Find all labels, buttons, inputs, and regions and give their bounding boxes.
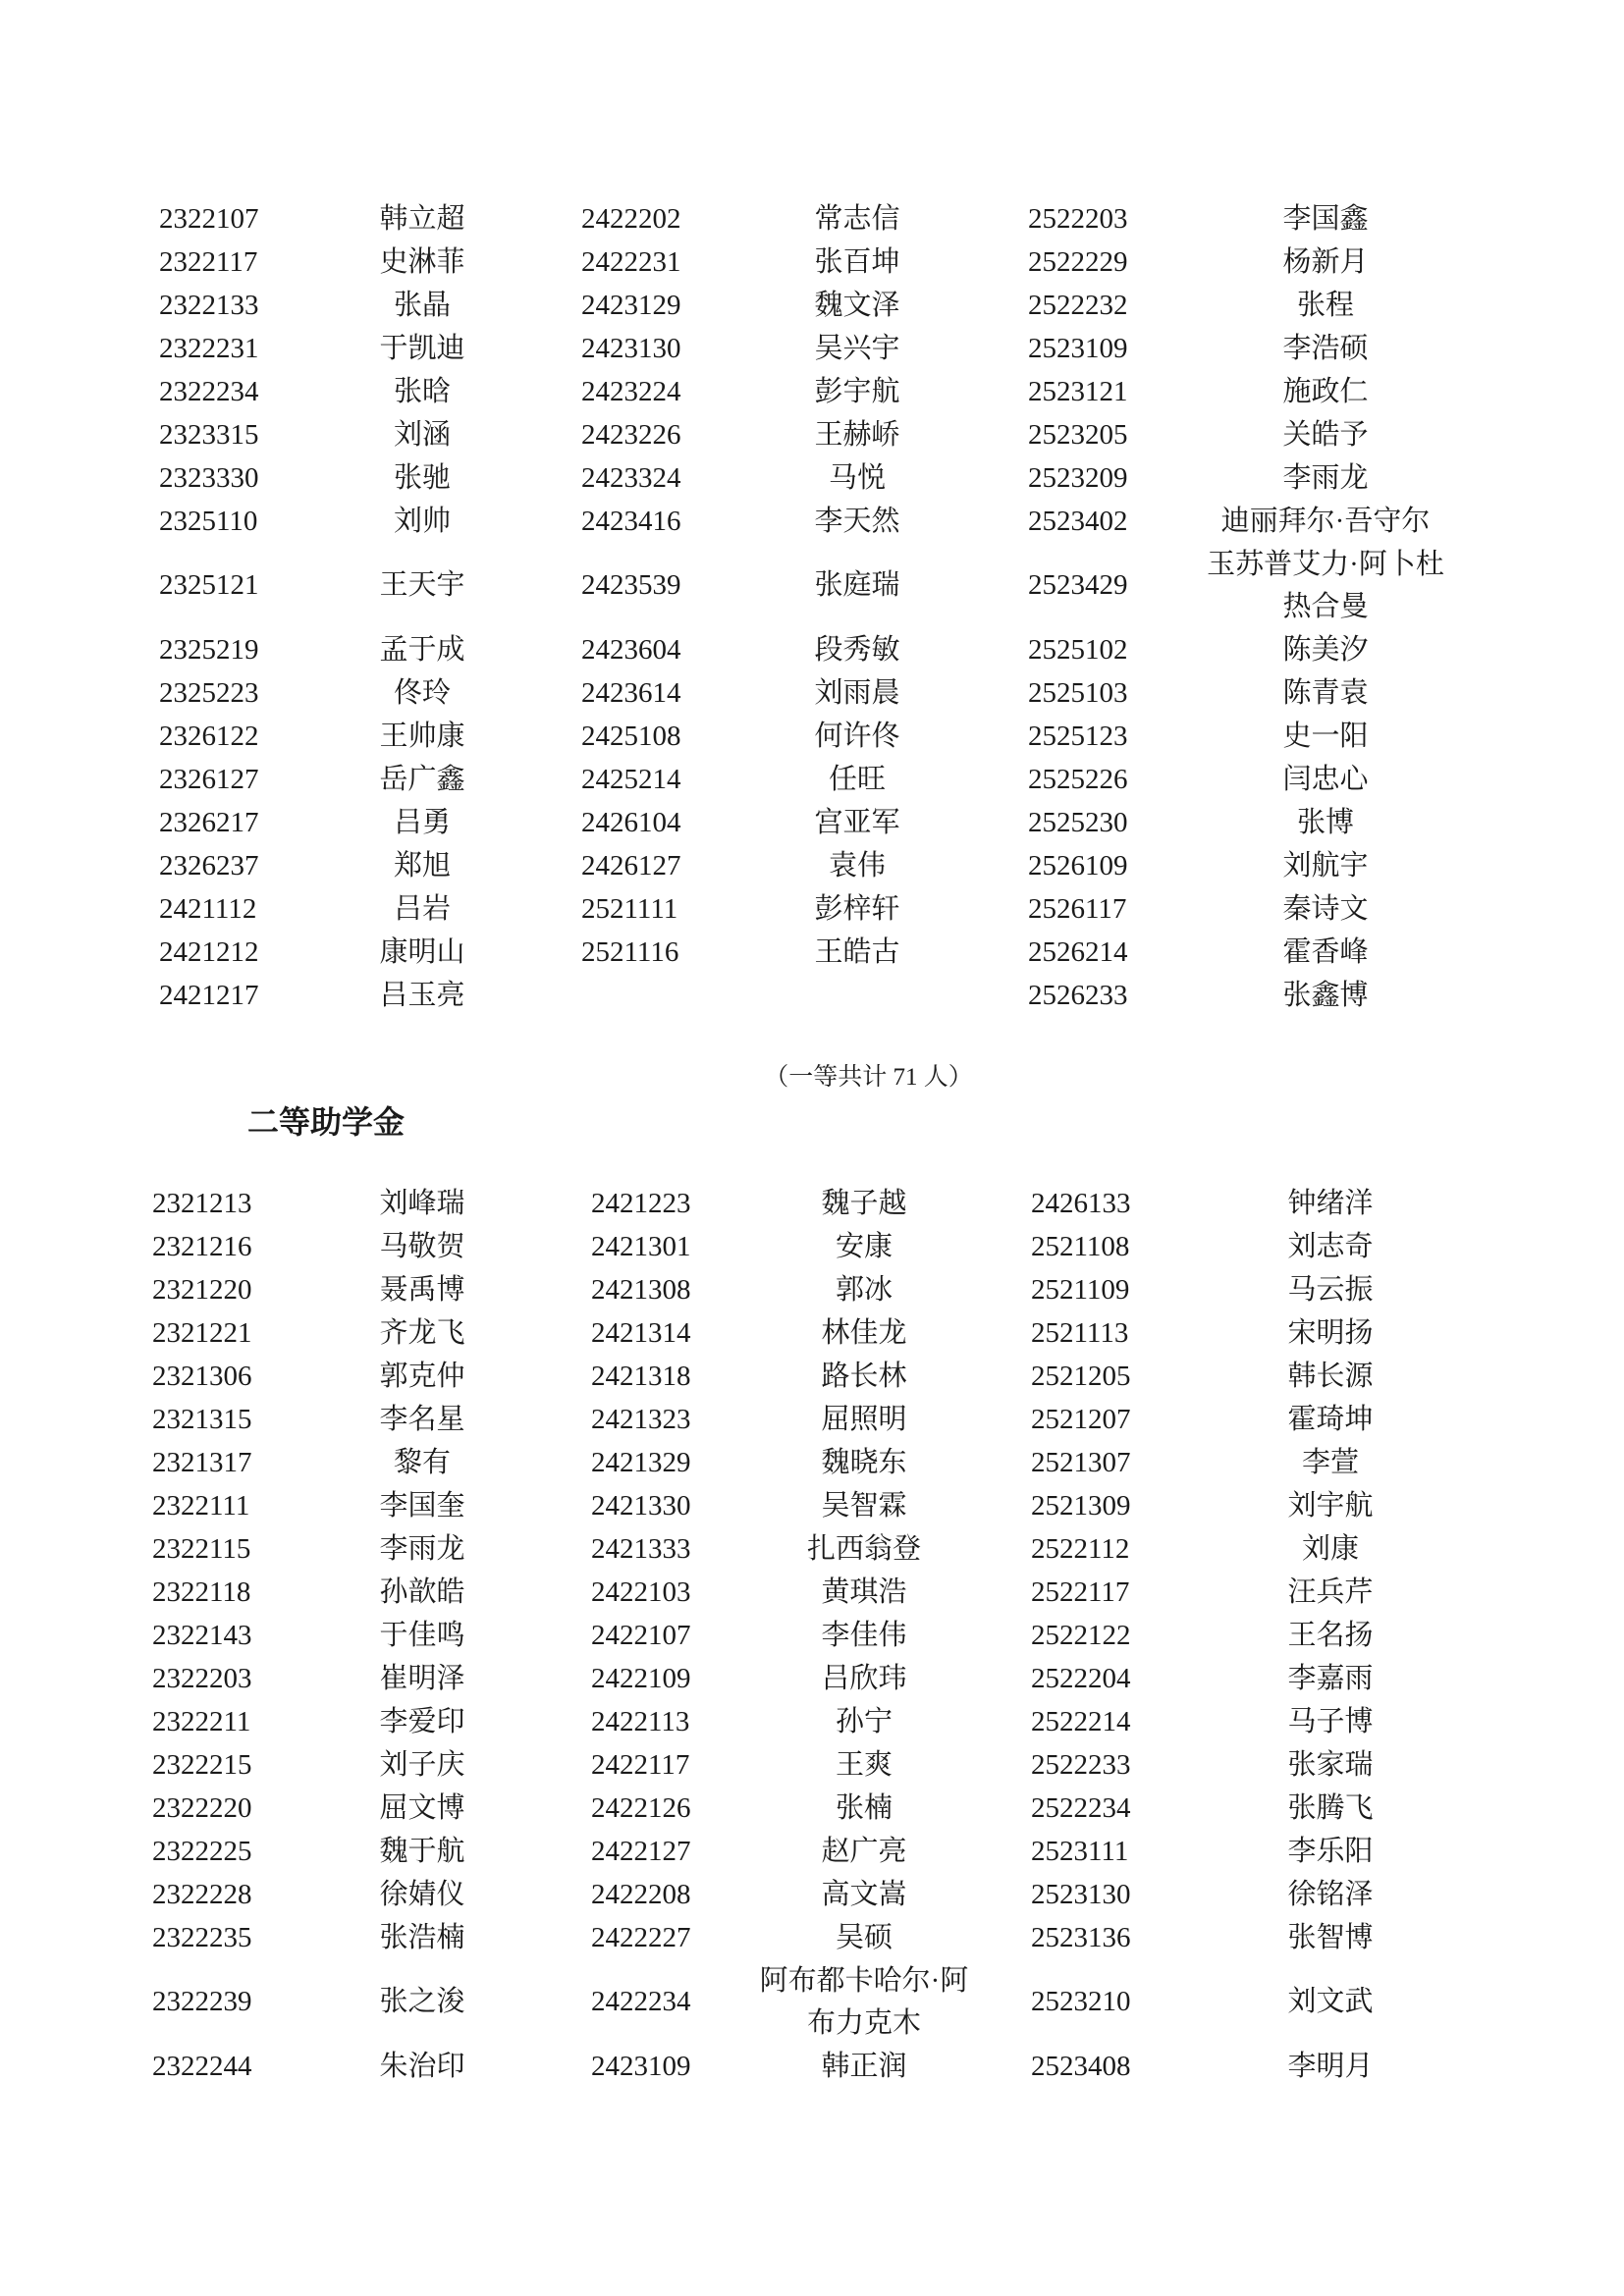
student-id: 2423324 — [581, 456, 681, 500]
student-name: 施政仁 — [1178, 370, 1473, 413]
student-id: 2523130 — [1031, 1873, 1131, 1916]
student-id: 2523408 — [1031, 2045, 1131, 2088]
student-id: 2422117 — [591, 1743, 689, 1787]
student-id: 2526117 — [1028, 887, 1126, 931]
student-id: 2521307 — [1031, 1441, 1131, 1484]
student-id: 2326217 — [159, 801, 259, 844]
table-row: 2323315刘涵2423226王赫峤2523205关皓予 — [0, 413, 1624, 456]
student-id: 2322211 — [152, 1700, 250, 1743]
student-name: 段秀敏 — [759, 628, 955, 671]
student-name: 佟玲 — [324, 671, 520, 715]
student-name: 马子博 — [1183, 1700, 1478, 1743]
section-title-second-grade: 二等助学金 — [247, 1097, 405, 1143]
student-name: 李明月 — [1183, 2045, 1478, 2088]
table-row: 2322215刘子庆2422117王爽2522233张家瑞 — [0, 1743, 1624, 1787]
first-grade-grant-table: 2322107韩立超2422202常志信2522203李国鑫2322117史淋菲… — [0, 197, 1624, 1017]
student-name: 张驰 — [324, 456, 520, 500]
student-name: 李国奎 — [324, 1484, 520, 1527]
table-row: 2322225魏于航2422127赵广亮2523111李乐阳 — [0, 1830, 1624, 1873]
student-id: 2322225 — [152, 1830, 252, 1873]
student-name: 李嘉雨 — [1183, 1657, 1478, 1700]
student-id: 2521116 — [581, 931, 678, 974]
student-name: 阿布都卡哈尔·阿布力克木 — [741, 1959, 987, 2045]
student-id: 2423614 — [581, 671, 681, 715]
student-id: 2523109 — [1028, 327, 1128, 370]
student-name: 迪丽拜尔·吾守尔 — [1178, 500, 1473, 543]
student-id: 2322143 — [152, 1614, 252, 1657]
student-id: 2522229 — [1028, 240, 1128, 284]
student-name: 吕欣玮 — [741, 1657, 987, 1700]
student-id: 2522122 — [1031, 1614, 1131, 1657]
table-row: 2322228徐婧仪2422208高文嵩2523130徐铭泽 — [0, 1873, 1624, 1916]
table-row: 2322117史淋菲2422231张百坤2522229杨新月 — [0, 240, 1624, 284]
student-id: 2321317 — [152, 1441, 252, 1484]
student-name: 张智博 — [1183, 1916, 1478, 1959]
student-name: 齐龙飞 — [324, 1311, 520, 1355]
student-name: 康明山 — [324, 931, 520, 974]
student-name: 张鑫博 — [1178, 974, 1473, 1017]
student-id: 2421333 — [591, 1527, 691, 1571]
student-id: 2522232 — [1028, 284, 1128, 327]
student-id: 2423224 — [581, 370, 681, 413]
student-name: 钟绪洋 — [1183, 1182, 1478, 1225]
student-name: 徐婧仪 — [324, 1873, 520, 1916]
student-name: 于凯迪 — [324, 327, 520, 370]
student-id: 2522234 — [1031, 1787, 1131, 1830]
student-id: 2423416 — [581, 500, 681, 543]
student-name: 郭克仲 — [324, 1355, 520, 1398]
student-name: 赵广亮 — [741, 1830, 987, 1873]
student-id: 2322244 — [152, 2045, 252, 2088]
student-id: 2522214 — [1031, 1700, 1131, 1743]
student-name: 郭冰 — [741, 1268, 987, 1311]
student-name: 崔明泽 — [324, 1657, 520, 1700]
student-name: 马云振 — [1183, 1268, 1478, 1311]
student-id: 2522117 — [1031, 1571, 1129, 1614]
student-name: 霍香峰 — [1178, 931, 1473, 974]
table-row: 2322115李雨龙2421333扎西翁登2522112刘康 — [0, 1527, 1624, 1571]
student-name: 吕玉亮 — [324, 974, 520, 1017]
student-id: 2322117 — [159, 240, 257, 284]
student-name: 李天然 — [759, 500, 955, 543]
student-id: 2326237 — [159, 844, 259, 887]
student-id: 2521108 — [1031, 1225, 1129, 1268]
student-id: 2523429 — [1028, 543, 1128, 628]
student-id: 2526109 — [1028, 844, 1128, 887]
student-name: 孙歆皓 — [324, 1571, 520, 1614]
student-name: 王帅康 — [324, 715, 520, 758]
student-id: 2421112 — [159, 887, 256, 931]
student-name: 聂禹博 — [324, 1268, 520, 1311]
table-row: 2322143于佳鸣2422107李佳伟2522122王名扬 — [0, 1614, 1624, 1657]
student-id: 2321220 — [152, 1268, 252, 1311]
table-row: 2322234张晗2423224彭宇航2523121施政仁 — [0, 370, 1624, 413]
student-name: 袁伟 — [759, 844, 955, 887]
student-id: 2322228 — [152, 1873, 252, 1916]
student-id: 2326122 — [159, 715, 259, 758]
student-name: 刘宇航 — [1183, 1484, 1478, 1527]
student-name: 吴智霖 — [741, 1484, 987, 1527]
student-name: 朱治印 — [324, 2045, 520, 2088]
student-name: 玉苏普艾力·阿卜杜热合曼 — [1178, 543, 1473, 628]
student-id: 2322231 — [159, 327, 259, 370]
student-name: 马敬贺 — [324, 1225, 520, 1268]
student-name: 王爽 — [741, 1743, 987, 1787]
student-id: 2425214 — [581, 758, 681, 801]
student-name: 张晶 — [324, 284, 520, 327]
student-id: 2525123 — [1028, 715, 1128, 758]
student-id: 2423539 — [581, 543, 681, 628]
table-row: 2321315李名星2421323屈照明2521207霍琦坤 — [0, 1398, 1624, 1441]
student-id: 2521207 — [1031, 1398, 1131, 1441]
student-id: 2325223 — [159, 671, 259, 715]
student-id: 2323315 — [159, 413, 259, 456]
table-row: 2322203崔明泽2422109吕欣玮2522204李嘉雨 — [0, 1657, 1624, 1700]
student-name: 任旺 — [759, 758, 955, 801]
student-name: 霍琦坤 — [1183, 1398, 1478, 1441]
student-id: 2523210 — [1031, 1959, 1131, 2045]
student-name: 秦诗文 — [1178, 887, 1473, 931]
student-name: 闫忠心 — [1178, 758, 1473, 801]
student-name: 韩长源 — [1183, 1355, 1478, 1398]
table-row: 2321213刘峰瑞2421223魏子越2426133钟绪洋 — [0, 1182, 1624, 1225]
student-id: 2423604 — [581, 628, 681, 671]
student-id: 2422227 — [591, 1916, 691, 1959]
student-id: 2523121 — [1028, 370, 1128, 413]
student-name: 王赫峤 — [759, 413, 955, 456]
student-id: 2526214 — [1028, 931, 1128, 974]
student-id: 2423130 — [581, 327, 681, 370]
student-id: 2325121 — [159, 543, 259, 628]
table-row: 2321306郭克仲2421318路长林2521205韩长源 — [0, 1355, 1624, 1398]
student-id: 2421330 — [591, 1484, 691, 1527]
table-row: 2322244朱治印2423109韩正润2523408李明月 — [0, 2045, 1624, 2088]
student-id: 2426104 — [581, 801, 681, 844]
student-id: 2523209 — [1028, 456, 1128, 500]
student-name: 李浩硕 — [1178, 327, 1473, 370]
student-id: 2421223 — [591, 1182, 691, 1225]
student-id: 2322215 — [152, 1743, 252, 1787]
student-name: 汪兵芹 — [1183, 1571, 1478, 1614]
student-name: 李国鑫 — [1178, 197, 1473, 240]
student-name: 吴硕 — [741, 1916, 987, 1959]
student-name: 郑旭 — [324, 844, 520, 887]
student-name: 孟于成 — [324, 628, 520, 671]
student-name: 扎西翁登 — [741, 1527, 987, 1571]
table-row: 2421212康明山2521116王皓古2526214霍香峰 — [0, 931, 1624, 974]
student-name: 张晗 — [324, 370, 520, 413]
student-id: 2326127 — [159, 758, 259, 801]
student-name: 陈青袁 — [1178, 671, 1473, 715]
student-id: 2423129 — [581, 284, 681, 327]
student-id: 2521309 — [1031, 1484, 1131, 1527]
student-name: 吕岩 — [324, 887, 520, 931]
student-name: 魏文泽 — [759, 284, 955, 327]
second-grade-grant-table: 2321213刘峰瑞2421223魏子越2426133钟绪洋2321216马敬贺… — [0, 1182, 1624, 2088]
student-name: 史一阳 — [1178, 715, 1473, 758]
student-id: 2522112 — [1031, 1527, 1129, 1571]
student-id: 2426133 — [1031, 1182, 1131, 1225]
student-name: 张家瑞 — [1183, 1743, 1478, 1787]
student-id: 2323330 — [159, 456, 259, 500]
student-id: 2422126 — [591, 1787, 691, 1830]
student-name: 吕勇 — [324, 801, 520, 844]
student-id: 2523205 — [1028, 413, 1128, 456]
student-name: 李萱 — [1183, 1441, 1478, 1484]
student-id: 2525103 — [1028, 671, 1128, 715]
student-name: 王天宇 — [324, 543, 520, 628]
table-row: 2421217吕玉亮2526233张鑫博 — [0, 974, 1624, 1017]
student-id: 2525102 — [1028, 628, 1128, 671]
student-id: 2523402 — [1028, 500, 1128, 543]
table-row: 2321221齐龙飞2421314林佳龙2521113宋明扬 — [0, 1311, 1624, 1355]
student-name: 刘帅 — [324, 500, 520, 543]
student-name: 刘雨晨 — [759, 671, 955, 715]
student-id: 2421323 — [591, 1398, 691, 1441]
table-row: 2321220聂禹博2421308郭冰2521109马云振 — [0, 1268, 1624, 1311]
student-id: 2322235 — [152, 1916, 252, 1959]
student-id: 2422103 — [591, 1571, 691, 1614]
table-row: 2322231于凯迪2423130吴兴宇2523109李浩硕 — [0, 327, 1624, 370]
table-row: 2322118孙歆皓2422103黄琪浩2522117汪兵芹 — [0, 1571, 1624, 1614]
student-id: 2421217 — [159, 974, 259, 1017]
student-name: 杨新月 — [1178, 240, 1473, 284]
student-id: 2421314 — [591, 1311, 691, 1355]
student-id: 2422107 — [591, 1614, 691, 1657]
student-name: 张浩楠 — [324, 1916, 520, 1959]
student-name: 张博 — [1178, 801, 1473, 844]
table-row: 2325110刘帅2423416李天然2523402迪丽拜尔·吾守尔 — [0, 500, 1624, 543]
student-id: 2421308 — [591, 1268, 691, 1311]
student-id: 2321306 — [152, 1355, 252, 1398]
student-id: 2325110 — [159, 500, 257, 543]
student-id: 2525230 — [1028, 801, 1128, 844]
table-row: 2323330张驰2423324马悦2523209李雨龙 — [0, 456, 1624, 500]
student-name: 刘文武 — [1183, 1959, 1478, 2045]
student-id: 2421329 — [591, 1441, 691, 1484]
student-name: 路长林 — [741, 1355, 987, 1398]
student-id: 2325219 — [159, 628, 259, 671]
table-row: 2325121王天宇2423539张庭瑞2523429玉苏普艾力·阿卜杜热合曼 — [0, 543, 1624, 628]
student-id: 2423226 — [581, 413, 681, 456]
table-row: 2325223佟玲2423614刘雨晨2525103陈青袁 — [0, 671, 1624, 715]
student-id: 2421301 — [591, 1225, 691, 1268]
student-id: 2321221 — [152, 1311, 252, 1355]
student-name: 张楠 — [741, 1787, 987, 1830]
student-id: 2521109 — [1031, 1268, 1129, 1311]
student-id: 2322107 — [159, 197, 259, 240]
student-id: 2422113 — [591, 1700, 689, 1743]
student-id: 2522233 — [1031, 1743, 1131, 1787]
table-row: 2321216马敬贺2421301安康2521108刘志奇 — [0, 1225, 1624, 1268]
student-name: 李雨龙 — [1178, 456, 1473, 500]
student-name: 林佳龙 — [741, 1311, 987, 1355]
student-id: 2521111 — [581, 887, 677, 931]
student-name: 何许佟 — [759, 715, 955, 758]
table-row: 2421112吕岩2521111彭梓轩2526117秦诗文 — [0, 887, 1624, 931]
table-row: 2322107韩立超2422202常志信2522203李国鑫 — [0, 197, 1624, 240]
student-id: 2322111 — [152, 1484, 249, 1527]
table-row: 2326122王帅康2425108何许佟2525123史一阳 — [0, 715, 1624, 758]
student-id: 2425108 — [581, 715, 681, 758]
student-name: 安康 — [741, 1225, 987, 1268]
student-name: 刘峰瑞 — [324, 1182, 520, 1225]
student-name: 屈照明 — [741, 1398, 987, 1441]
table-row: 2322111李国奎2421330吴智霖2521309刘宇航 — [0, 1484, 1624, 1527]
student-name: 于佳鸣 — [324, 1614, 520, 1657]
student-name: 王名扬 — [1183, 1614, 1478, 1657]
student-id: 2423109 — [591, 2045, 691, 2088]
student-name: 张之浚 — [324, 1959, 520, 2045]
student-name: 魏于航 — [324, 1830, 520, 1873]
student-name: 孙宁 — [741, 1700, 987, 1743]
student-id: 2422127 — [591, 1830, 691, 1873]
student-name: 宋明扬 — [1183, 1311, 1478, 1355]
student-name: 常志信 — [759, 197, 955, 240]
student-name: 刘康 — [1183, 1527, 1478, 1571]
table-row: 2322235张浩楠2422227吴硕2523136张智博 — [0, 1916, 1624, 1959]
student-id: 2522203 — [1028, 197, 1128, 240]
student-name: 宫亚军 — [759, 801, 955, 844]
student-name: 徐铭泽 — [1183, 1873, 1478, 1916]
student-name: 陈美汐 — [1178, 628, 1473, 671]
student-name: 李爱印 — [324, 1700, 520, 1743]
student-name: 吴兴宇 — [759, 327, 955, 370]
student-id: 2523111 — [1031, 1830, 1128, 1873]
student-name — [759, 974, 955, 1017]
student-id: 2321216 — [152, 1225, 252, 1268]
student-name: 韩正润 — [741, 2045, 987, 2088]
student-name: 黎有 — [324, 1441, 520, 1484]
student-id: 2322220 — [152, 1787, 252, 1830]
student-name: 张腾飞 — [1183, 1787, 1478, 1830]
first-grade-total: （一等共计 71 人） — [0, 1057, 1624, 1093]
student-id: 2422208 — [591, 1873, 691, 1916]
table-row: 2321317黎有2421329魏晓东2521307李萱 — [0, 1441, 1624, 1484]
student-name: 韩立超 — [324, 197, 520, 240]
student-name: 刘子庆 — [324, 1743, 520, 1787]
table-row: 2326127岳广鑫2425214任旺2525226闫忠心 — [0, 758, 1624, 801]
student-name: 彭梓轩 — [759, 887, 955, 931]
student-id: 2421318 — [591, 1355, 691, 1398]
student-name: 关皓予 — [1178, 413, 1473, 456]
student-id: 2421212 — [159, 931, 259, 974]
student-id: 2525226 — [1028, 758, 1128, 801]
student-name: 刘涵 — [324, 413, 520, 456]
student-name: 屈文博 — [324, 1787, 520, 1830]
student-id: 2322234 — [159, 370, 259, 413]
student-id: 2426127 — [581, 844, 681, 887]
student-name: 魏晓东 — [741, 1441, 987, 1484]
table-row: 2322211李爱印2422113孙宁2522214马子博 — [0, 1700, 1624, 1743]
table-row: 2325219孟于成2423604段秀敏2525102陈美汐 — [0, 628, 1624, 671]
student-name: 马悦 — [759, 456, 955, 500]
table-row: 2326237郑旭2426127袁伟2526109刘航宇 — [0, 844, 1624, 887]
student-name: 李雨龙 — [324, 1527, 520, 1571]
table-row: 2322133张晶2423129魏文泽2522232张程 — [0, 284, 1624, 327]
student-id: 2322115 — [152, 1527, 250, 1571]
student-id: 2422234 — [591, 1959, 691, 2045]
student-id: 2322118 — [152, 1571, 250, 1614]
student-name: 王皓古 — [759, 931, 955, 974]
student-id: 2321213 — [152, 1182, 252, 1225]
table-row: 2322220屈文博2422126张楠2522234张腾飞 — [0, 1787, 1624, 1830]
student-id: 2522204 — [1031, 1657, 1131, 1700]
student-id: 2322239 — [152, 1959, 252, 2045]
student-name: 张庭瑞 — [759, 543, 955, 628]
student-name: 李佳伟 — [741, 1614, 987, 1657]
student-id: 2521205 — [1031, 1355, 1131, 1398]
student-name: 刘航宇 — [1178, 844, 1473, 887]
student-id: 2422202 — [581, 197, 681, 240]
student-name: 岳广鑫 — [324, 758, 520, 801]
student-name: 刘志奇 — [1183, 1225, 1478, 1268]
student-id: 2321315 — [152, 1398, 252, 1441]
table-row: 2326217吕勇2426104宫亚军2525230张博 — [0, 801, 1624, 844]
student-name: 彭宇航 — [759, 370, 955, 413]
student-id: 2422231 — [581, 240, 681, 284]
student-id: 2523136 — [1031, 1916, 1131, 1959]
student-name: 高文嵩 — [741, 1873, 987, 1916]
student-name: 张百坤 — [759, 240, 955, 284]
student-name: 张程 — [1178, 284, 1473, 327]
student-name: 李名星 — [324, 1398, 520, 1441]
student-id: 2521113 — [1031, 1311, 1128, 1355]
table-row: 2322239张之浚2422234阿布都卡哈尔·阿布力克木2523210刘文武 — [0, 1959, 1624, 2045]
student-id: 2322133 — [159, 284, 259, 327]
student-name: 李乐阳 — [1183, 1830, 1478, 1873]
student-name: 魏子越 — [741, 1182, 987, 1225]
student-name: 黄琪浩 — [741, 1571, 987, 1614]
student-id: 2526233 — [1028, 974, 1128, 1017]
student-id: 2322203 — [152, 1657, 252, 1700]
student-id: 2422109 — [591, 1657, 691, 1700]
student-name: 史淋菲 — [324, 240, 520, 284]
